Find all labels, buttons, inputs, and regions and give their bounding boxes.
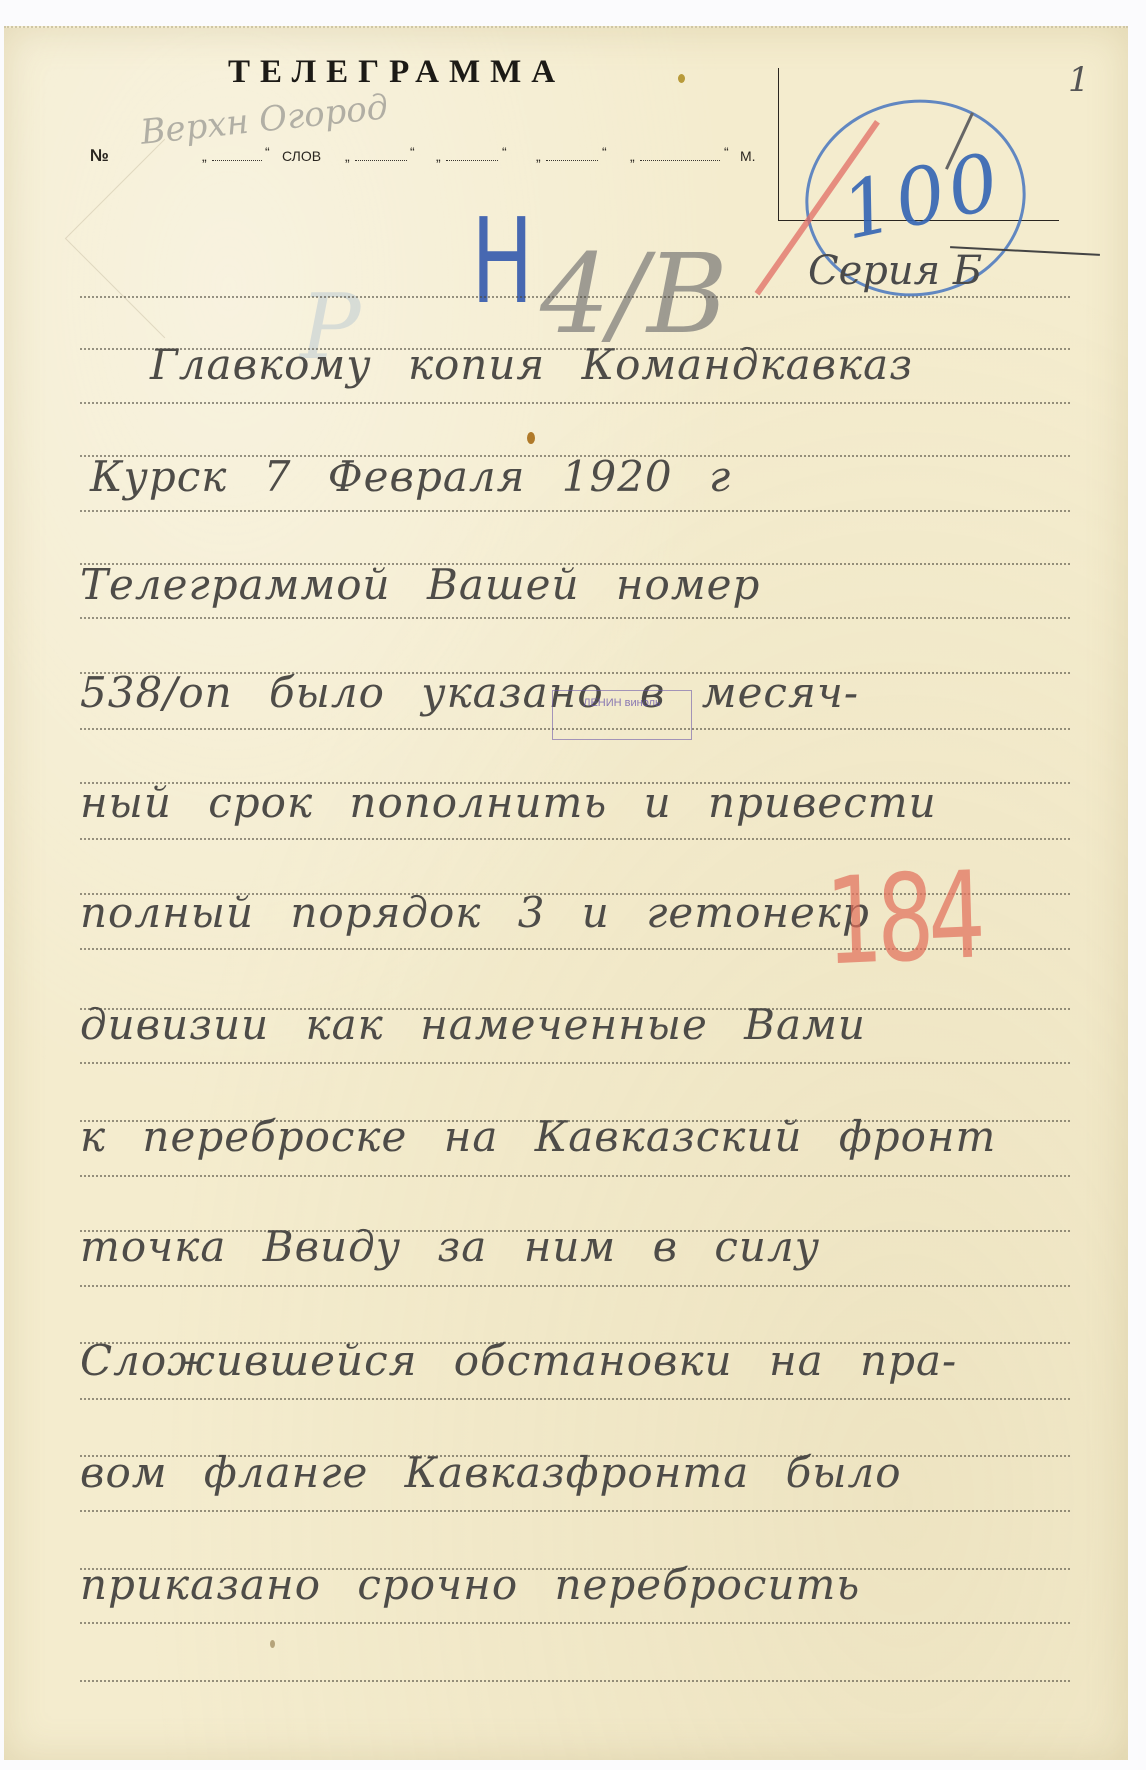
quote-close: “ — [410, 144, 415, 160]
message-line: к переброске на Кавказский фронт — [80, 1112, 1080, 1161]
ink-stain — [270, 1640, 275, 1648]
quote-open: „ — [202, 148, 207, 164]
quote-open: „ — [536, 148, 541, 164]
ruled-line — [80, 510, 1070, 512]
ink-stain — [678, 74, 685, 83]
blank-field — [446, 148, 498, 161]
form-title: ТЕЛЕГРАММА — [228, 54, 565, 91]
archive-stamp: ЛЕНИН виноль — [552, 690, 692, 740]
serial-number-row: № „ “ СЛОВ „ “ „ “ „ “ „ “ М. — [90, 148, 770, 170]
ruled-line — [80, 838, 1070, 840]
ink-stain — [527, 432, 535, 444]
blue-pencil-mark: Н — [471, 192, 533, 330]
blank-field — [640, 148, 720, 161]
ruled-line — [80, 1398, 1070, 1400]
quote-open: „ — [345, 148, 350, 164]
blank-field — [546, 148, 598, 161]
message-line: Сложившейся обстановки на пра- — [80, 1336, 1080, 1385]
message-line: Главкому копия Командкавказ — [150, 340, 1146, 389]
red-pencil-number: 184 — [824, 846, 981, 992]
blank-field — [355, 148, 407, 161]
ruled-line — [80, 1062, 1070, 1064]
number-symbol: № — [90, 146, 109, 166]
quote-open: „ — [630, 148, 635, 164]
message-line: ный срок пополнить и привести — [80, 778, 1080, 827]
message-line: приказано срочно перебросить — [80, 1560, 1080, 1609]
ruled-line — [80, 1285, 1070, 1287]
minutes-label: М. — [740, 148, 756, 164]
message-line: точка Ввиду за ним в силу — [80, 1222, 1080, 1271]
blank-field — [212, 148, 262, 161]
page-number: 1 — [1068, 60, 1090, 100]
message-line: дивизии как намеченные Вами — [80, 1000, 1080, 1049]
ruled-line — [80, 296, 1070, 298]
quote-close: “ — [602, 144, 607, 160]
message-line: Телеграммой Вашей номер — [80, 560, 1080, 609]
ruled-line — [80, 1175, 1070, 1177]
quote-open: „ — [436, 148, 441, 164]
ruled-line — [80, 402, 1070, 404]
ruled-line — [80, 1680, 1070, 1682]
words-label: СЛОВ — [282, 148, 321, 164]
ruled-line — [80, 1622, 1070, 1624]
ruled-line — [80, 1510, 1070, 1512]
message-line: вом фланге Кавказфронта было — [80, 1448, 1080, 1497]
quote-close: “ — [724, 144, 729, 160]
message-line: Курск 7 Февраля 1920 г — [90, 452, 1090, 501]
ruled-line — [80, 617, 1070, 619]
signature-right: Серия Б — [808, 248, 982, 294]
quote-close: “ — [502, 144, 507, 160]
pencil-resolution-mark: 4/В — [540, 230, 728, 358]
quote-close: “ — [265, 144, 270, 160]
